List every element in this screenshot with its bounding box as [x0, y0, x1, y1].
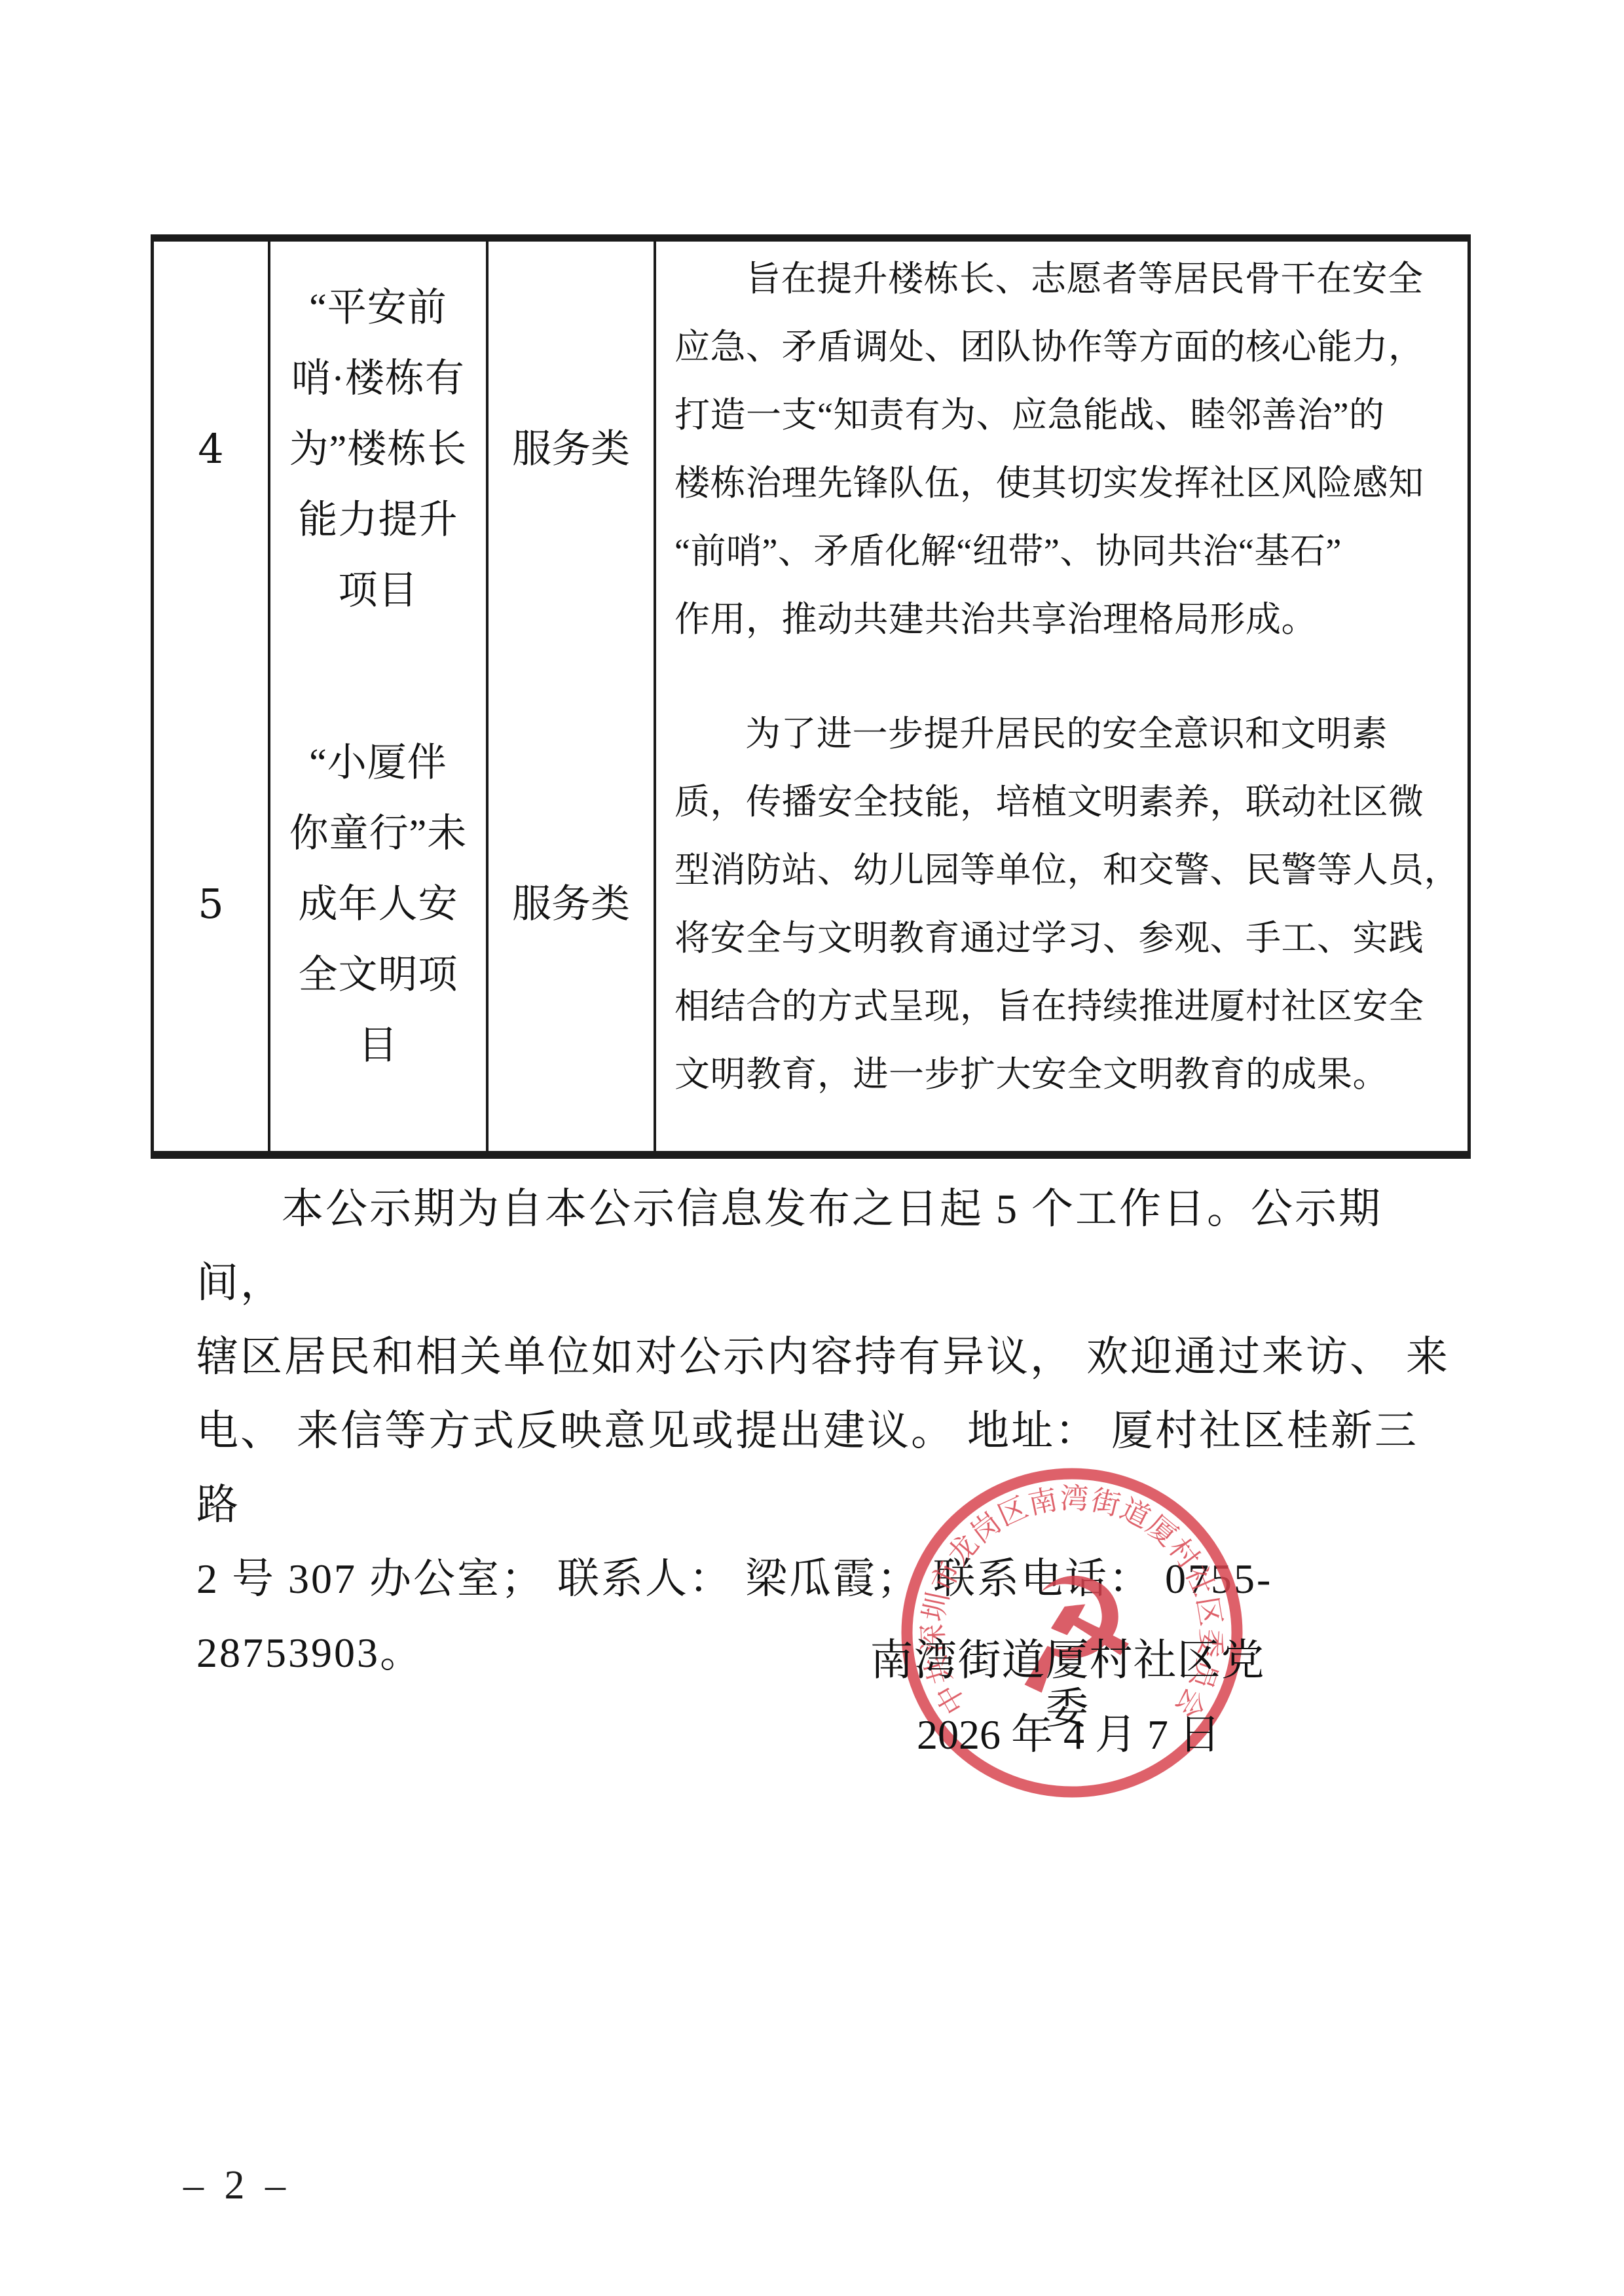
table-row4-number: 4 — [154, 242, 270, 657]
table-row5-description: 为了进一步提升居民的安全意识和文明素 质，传播安全技能，培植文明素养，联动社区微… — [656, 657, 1467, 1151]
table-row4-description: 旨在提升楼栋长、志愿者等居民骨干在安全 应急、矛盾调处、团队协作等方面的核心能力… — [656, 242, 1467, 657]
table-row5-category: 服务类 — [489, 657, 656, 1151]
table-row4-category: 服务类 — [489, 242, 656, 657]
official-seal: 中共深圳市龙岗区南湾街道厦村社区委员会 ☭ — [889, 1451, 1255, 1817]
projects-table: 4 “平安前 哨·楼栋有 为”楼栋长 能力提升 项目 服务类 旨在提升楼栋长、志… — [151, 234, 1471, 1159]
table-row4-project-name: “平安前 哨·楼栋有 为”楼栋长 能力提升 项目 — [270, 242, 489, 657]
table-row5-number: 5 — [154, 657, 270, 1151]
scanned-notice-page: { "table": { "rows": [ { "no": "4", "nam… — [0, 0, 1624, 2296]
public-notice-paragraph: 本公示期为自本公示信息发布之日起 5 个工作日。公示期间， 辖区居民和相关单位如… — [196, 1172, 1450, 1690]
signature-date: 2026 年 4 月 7 日 — [898, 1711, 1239, 1759]
table-row5-project-name: “小厦伴 你童行”未 成年人安 全文明项 目 — [270, 657, 489, 1151]
page-number: – 2 – — [183, 2162, 291, 2209]
